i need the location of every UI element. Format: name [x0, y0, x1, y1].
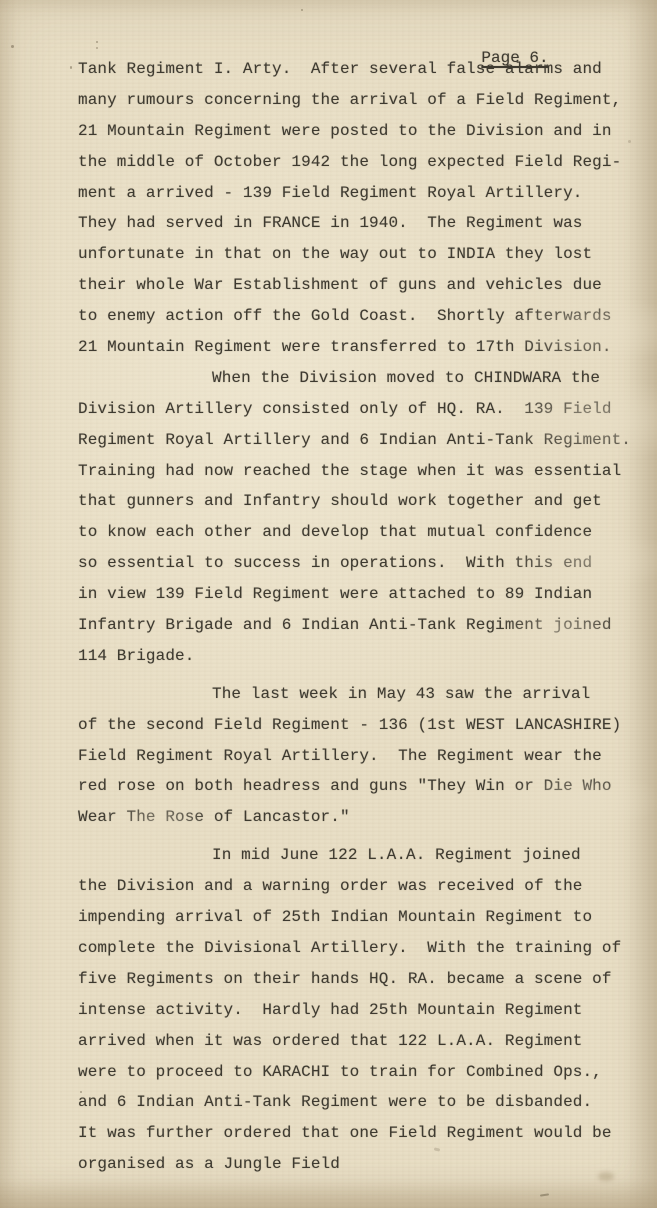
typewritten-line: the middle of October 1942 the long expe… [78, 147, 638, 178]
typewritten-line: In mid June 122 L.A.A. Regiment joined [78, 840, 638, 871]
paper-speckle [301, 9, 303, 11]
typewritten-line: and 6 Indian Anti-Tank Regiment were to … [78, 1087, 638, 1118]
document-page: Page 6. Tank Regiment I. Arty. After sev… [0, 0, 657, 1208]
paragraph: The last week in May 43 saw the arrivalo… [78, 679, 638, 833]
typewritten-line: complete the Divisional Artillery. With … [78, 933, 638, 964]
typewritten-line: The last week in May 43 saw the arrival [78, 679, 638, 710]
typewritten-line: to know each other and develop that mutu… [78, 517, 638, 548]
paper-speckle [11, 45, 14, 48]
typewritten-line: in view 139 Field Regiment were attached… [78, 579, 638, 610]
typewritten-line: intense activity. Hardly had 25th Mounta… [78, 995, 638, 1026]
typewritten-line: They had served in FRANCE in 1940. The R… [78, 208, 638, 239]
typewritten-line: their whole War Establishment of guns an… [78, 270, 638, 301]
typewritten-line: so essential to success in operations. W… [78, 548, 638, 579]
typewritten-line: five Regiments on their hands HQ. RA. be… [78, 964, 638, 995]
typewritten-line: Tank Regiment I. Arty. After several fal… [78, 54, 638, 85]
typewritten-line: arrived when it was ordered that 122 L.A… [78, 1026, 638, 1057]
typewritten-line: 21 Mountain Regiment were transferred to… [78, 332, 638, 363]
typewritten-line: of the second Field Regiment - 136 (1st … [78, 710, 638, 741]
typewritten-line: organised as a Jungle Field [78, 1149, 638, 1180]
paragraph: Tank Regiment I. Arty. After several fal… [78, 54, 638, 363]
typewritten-line: Division Artillery consisted only of HQ.… [78, 394, 638, 425]
typewritten-line: that gunners and Infantry should work to… [78, 486, 638, 517]
typewritten-line: Field Regiment Royal Artillery. The Regi… [78, 741, 638, 772]
typewritten-line: to enemy action off the Gold Coast. Shor… [78, 301, 638, 332]
page-body: Tank Regiment I. Arty. After several fal… [78, 54, 638, 1180]
typewritten-line: the Division and a warning order was rec… [78, 871, 638, 902]
paragraph: When the Division moved to CHINDWARA the… [78, 363, 638, 672]
typewritten-line: Training had now reached the stage when … [78, 456, 638, 487]
typewritten-line: Wear The Rose of Lancastor." [78, 802, 638, 833]
typewritten-line: 21 Mountain Regiment were posted to the … [78, 116, 638, 147]
paper-speckle [96, 41, 98, 43]
paper-speckle [70, 66, 72, 69]
typewritten-line: It was further ordered that one Field Re… [78, 1118, 638, 1149]
typewritten-line: red rose on both headress and guns "They… [78, 771, 638, 802]
typewritten-line: 114 Brigade. [78, 641, 638, 672]
typewritten-line: impending arrival of 25th Indian Mountai… [78, 902, 638, 933]
typewritten-line: ment a arrived - 139 Field Regiment Roya… [78, 178, 638, 209]
typewritten-line: Infantry Brigade and 6 Indian Anti-Tank … [78, 610, 638, 641]
paper-speckle [540, 1193, 549, 1196]
typewritten-line: many rumours concerning the arrival of a… [78, 85, 638, 116]
typewritten-line: When the Division moved to CHINDWARA the [78, 363, 638, 394]
typewritten-line: unfortunate in that on the way out to IN… [78, 239, 638, 270]
typewritten-line: were to proceed to KARACHI to train for … [78, 1057, 638, 1088]
typewritten-line: Regiment Royal Artillery and 6 Indian An… [78, 425, 638, 456]
paragraph: In mid June 122 L.A.A. Regiment joinedth… [78, 840, 638, 1180]
